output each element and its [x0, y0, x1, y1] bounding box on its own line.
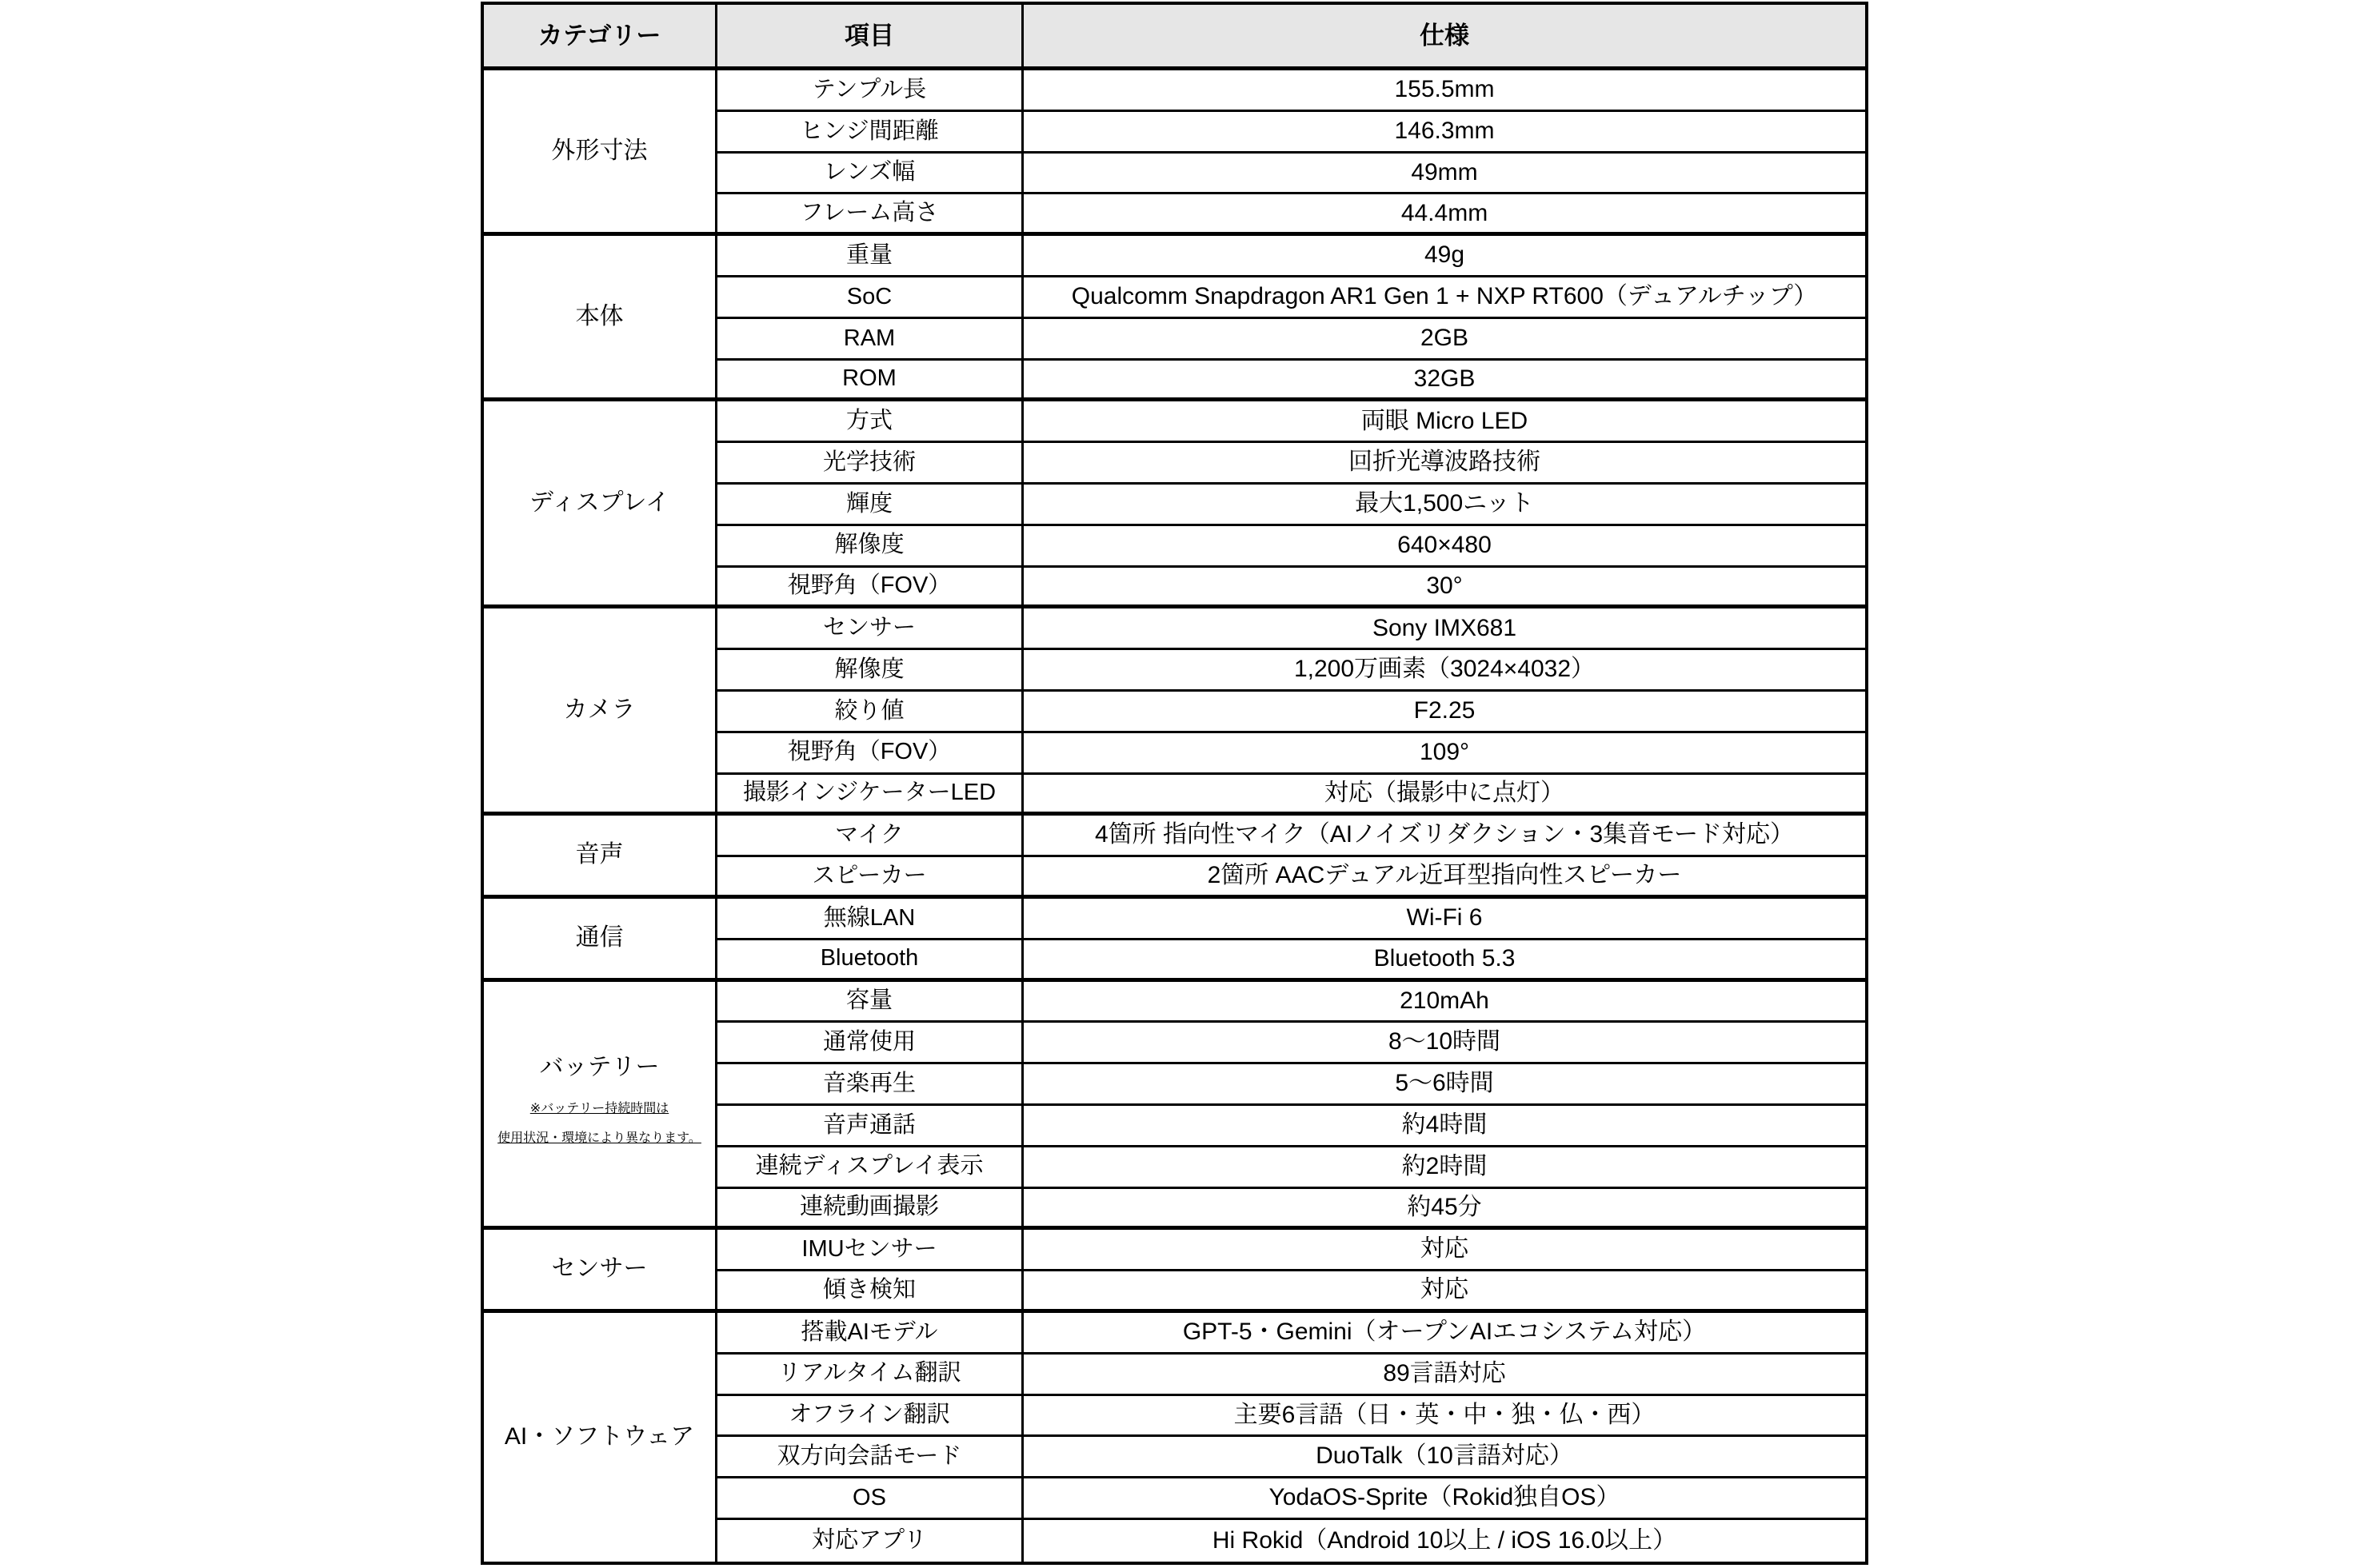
- item-cell: 連続ディスプレイ表示: [717, 1147, 1024, 1189]
- category-cell-connectivity: 通信: [484, 899, 717, 982]
- spec-cell: 155.5mm: [1024, 70, 1865, 112]
- spec-cell: 約4時間: [1024, 1106, 1865, 1147]
- item-cell: フレーム高さ: [717, 194, 1024, 236]
- item-cell: レンズ幅: [717, 154, 1024, 195]
- spec-cell: 640×480: [1024, 526, 1865, 568]
- category-cell-display: ディスプレイ: [484, 401, 717, 608]
- battery-note-line1: ※バッテリー持続時間は: [497, 1095, 701, 1124]
- spec-table: カテゴリー 項目 仕様 外形寸法 テンプル長 155.5mm ヒンジ間距離 14…: [481, 2, 1868, 1565]
- spec-cell: 30°: [1024, 568, 1865, 609]
- item-cell: 絞り値: [717, 692, 1024, 733]
- spec-cell: 回折光導波路技術: [1024, 443, 1865, 485]
- category-cell-sensor: センサー: [484, 1230, 717, 1313]
- item-cell: 視野角（FOV）: [717, 733, 1024, 775]
- spec-cell: 44.4mm: [1024, 194, 1865, 236]
- spec-cell: 対応: [1024, 1271, 1865, 1313]
- page-canvas: カテゴリー 項目 仕様 外形寸法 テンプル長 155.5mm ヒンジ間距離 14…: [0, 0, 2353, 1568]
- item-cell: ROM: [717, 361, 1024, 402]
- item-cell: 解像度: [717, 526, 1024, 568]
- spec-cell: 109°: [1024, 733, 1865, 775]
- spec-cell: 最大1,500ニット: [1024, 485, 1865, 526]
- item-cell: 輝度: [717, 485, 1024, 526]
- item-cell: 連続動画撮影: [717, 1189, 1024, 1231]
- item-cell: センサー: [717, 608, 1024, 650]
- spec-cell: 両眼 Micro LED: [1024, 401, 1865, 443]
- item-cell: リアルタイム翻訳: [717, 1355, 1024, 1396]
- item-cell: 搭載AIモデル: [717, 1313, 1024, 1355]
- item-cell: 撮影インジケーターLED: [717, 775, 1024, 816]
- spec-cell: Sony IMX681: [1024, 608, 1865, 650]
- item-cell: 視野角（FOV）: [717, 568, 1024, 609]
- spec-cell: 49mm: [1024, 154, 1865, 195]
- spec-cell: 8〜10時間: [1024, 1023, 1865, 1064]
- spec-cell: 2箇所 AACデュアル近耳型指向性スピーカー: [1024, 857, 1865, 899]
- item-cell: 音声通話: [717, 1106, 1024, 1147]
- spec-cell: 約45分: [1024, 1189, 1865, 1231]
- item-cell: テンプル長: [717, 70, 1024, 112]
- item-cell: 通常使用: [717, 1023, 1024, 1064]
- item-cell: Bluetooth: [717, 940, 1024, 982]
- category-cell-audio: 音声: [484, 816, 717, 899]
- item-cell: SoC: [717, 277, 1024, 319]
- item-cell: RAM: [717, 319, 1024, 361]
- spec-cell: 4箇所 指向性マイク（AIノイズリダクション・3集音モード対応）: [1024, 816, 1865, 857]
- item-cell: スピーカー: [717, 857, 1024, 899]
- spec-cell: YodaOS-Sprite（Rokid独自OS）: [1024, 1478, 1865, 1520]
- item-cell: 容量: [717, 982, 1024, 1023]
- item-cell: 無線LAN: [717, 899, 1024, 940]
- category-cell-dimensions: 外形寸法: [484, 70, 717, 236]
- item-cell: 双方向会話モード: [717, 1437, 1024, 1478]
- spec-cell: DuoTalk（10言語対応）: [1024, 1437, 1865, 1478]
- item-cell: OS: [717, 1478, 1024, 1520]
- item-cell: 光学技術: [717, 443, 1024, 485]
- spec-cell: Wi-Fi 6: [1024, 899, 1865, 940]
- header-cell-category: カテゴリー: [484, 5, 717, 70]
- category-cell-camera: カメラ: [484, 608, 717, 816]
- category-cell-body: 本体: [484, 236, 717, 401]
- item-cell: オフライン翻訳: [717, 1396, 1024, 1438]
- item-cell: 重量: [717, 236, 1024, 277]
- spec-cell: 主要6言語（日・英・中・独・仏・西）: [1024, 1396, 1865, 1438]
- item-cell: 傾き検知: [717, 1271, 1024, 1313]
- battery-note-line2: 使用状況・環境により異なります。: [497, 1124, 701, 1154]
- spec-cell: 210mAh: [1024, 982, 1865, 1023]
- spec-cell: Hi Rokid（Android 10以上 / iOS 16.0以上）: [1024, 1520, 1865, 1562]
- spec-cell: Qualcomm Snapdragon AR1 Gen 1 + NXP RT60…: [1024, 277, 1865, 319]
- header-cell-spec: 仕様: [1024, 5, 1865, 70]
- spec-cell: 49g: [1024, 236, 1865, 277]
- item-cell: IMUセンサー: [717, 1230, 1024, 1271]
- item-cell: マイク: [717, 816, 1024, 857]
- item-cell: 音楽再生: [717, 1064, 1024, 1106]
- spec-cell: Bluetooth 5.3: [1024, 940, 1865, 982]
- spec-cell: 146.3mm: [1024, 112, 1865, 154]
- spec-cell: 2GB: [1024, 319, 1865, 361]
- spec-cell: 対応（撮影中に点灯）: [1024, 775, 1865, 816]
- item-cell: ヒンジ間距離: [717, 112, 1024, 154]
- spec-cell: 89言語対応: [1024, 1355, 1865, 1396]
- spec-cell: F2.25: [1024, 692, 1865, 733]
- spec-cell: 対応: [1024, 1230, 1865, 1271]
- spec-cell: 約2時間: [1024, 1147, 1865, 1189]
- spec-cell: 1,200万画素（3024×4032）: [1024, 650, 1865, 692]
- category-label: バッテリー: [539, 1054, 659, 1082]
- category-cell-ai-software: AI・ソフトウェア: [484, 1313, 717, 1562]
- item-cell: 方式: [717, 401, 1024, 443]
- category-cell-battery: バッテリー ※バッテリー持続時間は 使用状況・環境により異なります。: [484, 982, 717, 1231]
- spec-cell: 32GB: [1024, 361, 1865, 402]
- spec-cell: GPT-5・Gemini（オープンAIエコシステム対応）: [1024, 1313, 1865, 1355]
- item-cell: 対応アプリ: [717, 1520, 1024, 1562]
- header-cell-item: 項目: [717, 5, 1024, 70]
- item-cell: 解像度: [717, 650, 1024, 692]
- battery-category-stack: バッテリー ※バッテリー持続時間は 使用状況・環境により異なります。: [497, 1054, 701, 1153]
- battery-note: ※バッテリー持続時間は 使用状況・環境により異なります。: [497, 1095, 701, 1154]
- spec-cell: 5〜6時間: [1024, 1064, 1865, 1106]
